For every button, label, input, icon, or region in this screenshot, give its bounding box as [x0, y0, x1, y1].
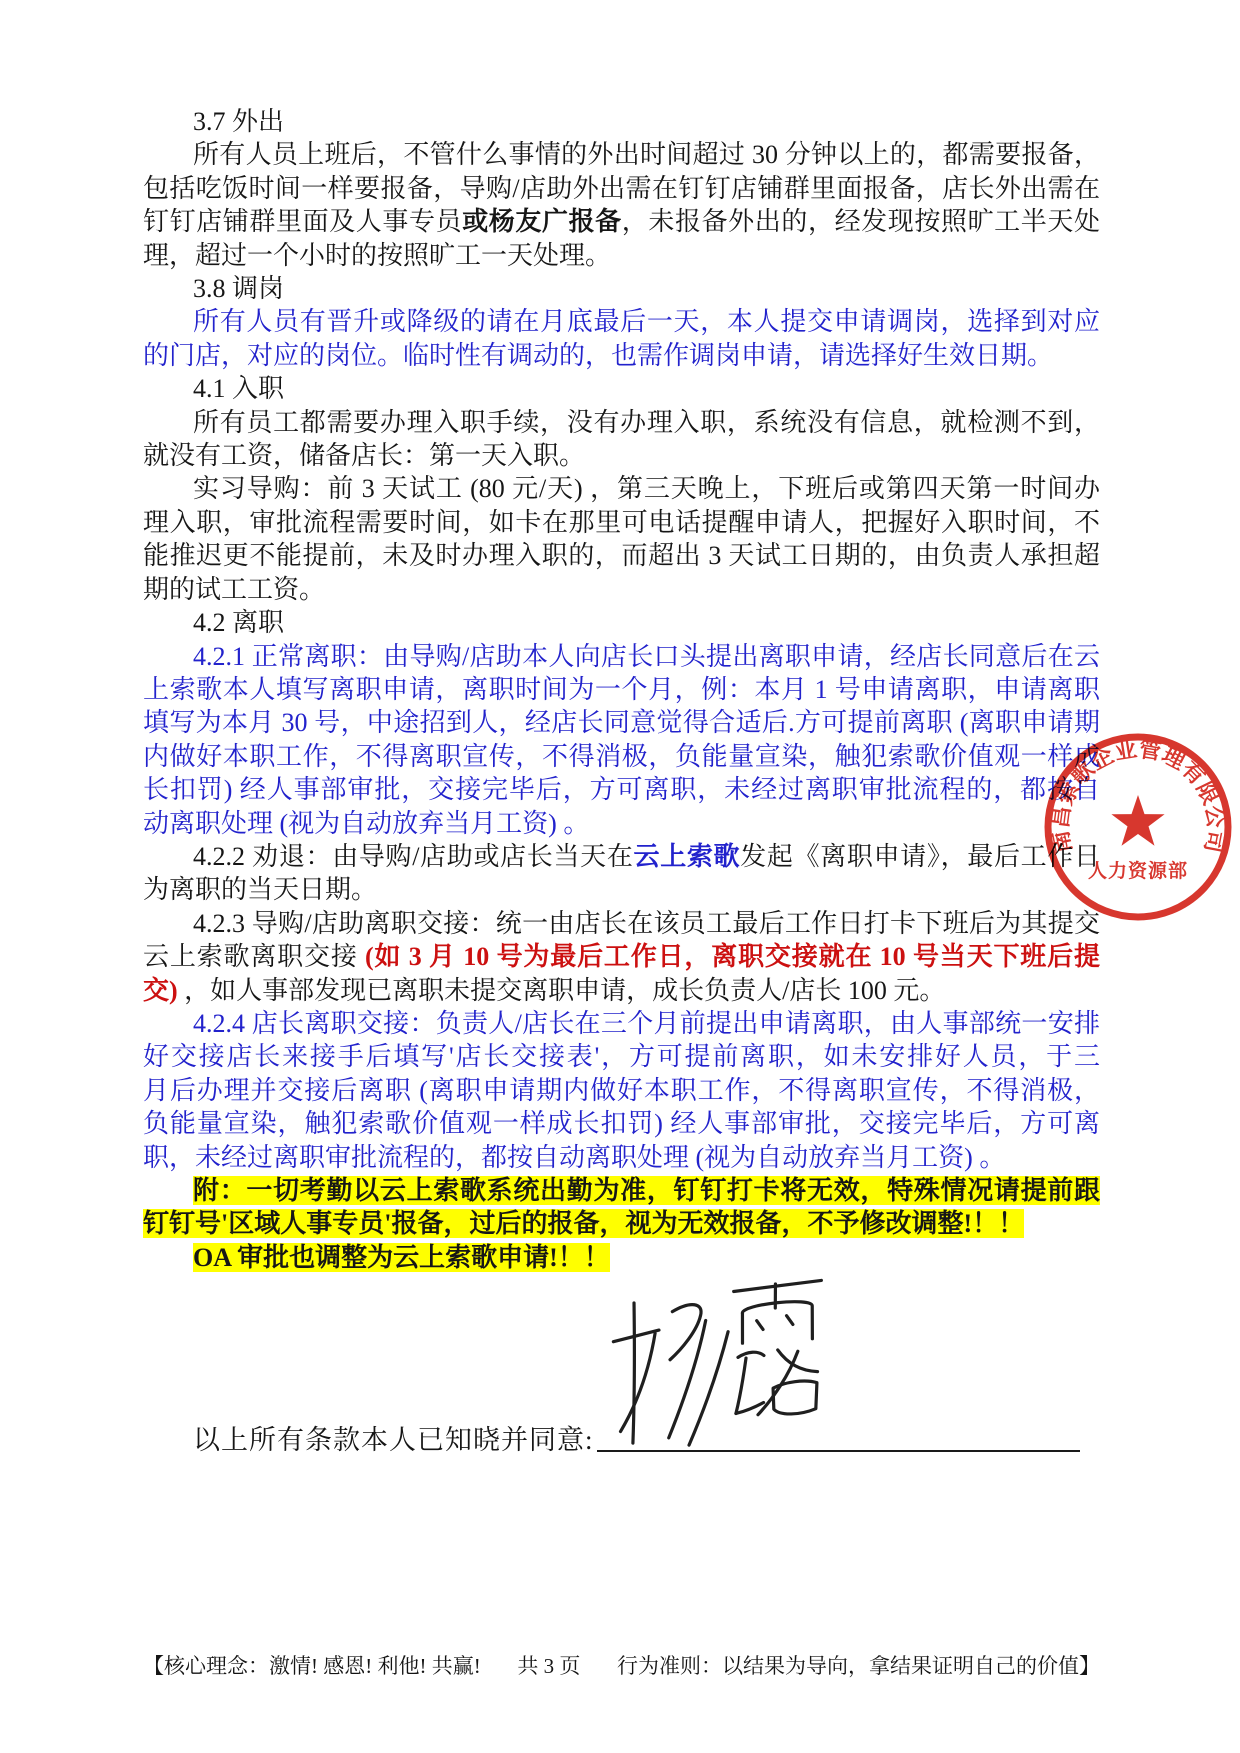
doc-text-run: 月后办理并交接后离职 (离职申请期内做好本职工作，不得离职宣传，不得消极，	[143, 1076, 1100, 1105]
doc-text-run: 3.8 调岗	[193, 274, 284, 303]
doc-text-run: ，如人事部发现已离职未提交离职申请，成长负责人/店长 100 元。	[184, 976, 945, 1005]
doc-line: 长扣罚) 经人事部审批，交接完毕后，方可离职，未经过离职审批流程的，都按自	[143, 773, 1100, 806]
doc-line: 填写为本月 30 号，中途招到人，经店长同意觉得合适后.方可提前离职 (离职申请…	[143, 706, 1100, 739]
scanned-document-page: 3.7 外出所有人员上班后，不管什么事情的外出时间超过 30 分钟以上的，都需要…	[0, 0, 1240, 1753]
doc-line: 月后办理并交接后离职 (离职申请期内做好本职工作，不得离职宣传，不得消极，	[143, 1074, 1100, 1107]
doc-text-run: 理入职，审批流程需要时间，如卡在那里可电话提醒申请人，把握好入职时间，不	[143, 508, 1100, 537]
signature-line	[597, 1450, 1080, 1452]
doc-text-run: 4.2 离职	[193, 608, 284, 637]
footer-core-values: 【核心理念：激情! 感恩! 利他! 共赢!	[143, 1650, 481, 1680]
doc-line: 3.8 调岗	[143, 272, 1100, 305]
doc-line: 理，超过一个小时的按照旷工一天处理。	[143, 239, 1100, 272]
doc-line: 能推迟更不能提前，未及时办理入职的，而超出 3 天试工日期的，由负责人承担超	[143, 539, 1100, 572]
doc-text-run: 所有员工都需要办理入职手续，没有办理入职，系统没有信息，就检测不到，	[193, 408, 1100, 437]
stamp-department-text: 人力资源部	[1088, 859, 1188, 882]
doc-line: 附：一切考勤以云上索歌系统出勤为准，钉钉打卡将无效，特殊情况请提前跟	[143, 1174, 1100, 1207]
doc-text-run: 职，未经过离职审批流程的，都按自动离职处理 (视为自动放弃当月工资) 。	[143, 1143, 1005, 1172]
doc-line: 就没有工资，储备店长：第一天入职。	[143, 439, 1100, 472]
doc-text-run: 3.7 外出	[193, 107, 284, 136]
doc-line: 云上索歌离职交接 (如 3 月 10 号为最后工作日，离职交接就在 10 号当天…	[143, 940, 1100, 973]
doc-text-run: 4.1 入职	[193, 374, 284, 403]
doc-text-run: ，未报备外出的，经发现按照旷工半天处	[622, 207, 1100, 236]
doc-line: 4.2 离职	[143, 606, 1100, 639]
doc-text-run: 期的试工工资。	[143, 575, 325, 604]
doc-text-run: 云上索歌	[634, 842, 741, 871]
footer-page-count: 共 3 页	[517, 1650, 580, 1680]
doc-line: 4.2.3 导购/店助离职交接：统一由店长在该员工最后工作日打卡下班后为其提交	[143, 907, 1100, 940]
doc-text-run: 理，超过一个小时的按照旷工一天处理。	[143, 241, 611, 270]
doc-text-run: (如 3 月 10 号为最后工作日，离职交接就在 10 号当天下班后提	[365, 942, 1100, 971]
doc-text-run: 4.2.4 店长离职交接：负责人/店长在三个月前提出申请离职，由人事部统一安排	[193, 1009, 1100, 1038]
doc-line: 期的试工工资。	[143, 573, 1100, 606]
doc-text-run: 好交接店长来接手后填写'店长交接表'，方可提前离职，如未安排好人员，于三	[143, 1042, 1100, 1071]
doc-text-run: 内做好本职工作，不得离职宣传，不得消极，负能量宣染，触犯索歌价值观一样成	[143, 742, 1100, 771]
footer-code-of-conduct: 行为准则：以结果为导向，拿结果证明自己的价值】	[617, 1650, 1100, 1680]
doc-text-run: 动离职处理 (视为自动放弃当月工资) 。	[143, 809, 589, 838]
doc-text-run: 4.2.2 劝退：由导购/店助或店长当天在	[193, 842, 634, 871]
doc-line: 交) ，如人事部发现已离职未提交离职申请，成长负责人/店长 100 元。	[143, 974, 1100, 1007]
doc-text-run: 附：一切考勤以云上索歌系统出勤为准，钉钉打卡将无效，特殊情况请提前跟	[193, 1176, 1100, 1205]
doc-text-run: 就没有工资，储备店长：第一天入职。	[143, 441, 585, 470]
doc-text-run: 所有人员有晋升或降级的请在月底最后一天，本人提交申请调岗，选择到对应	[193, 307, 1100, 336]
doc-line: 钉钉店铺群里面及人事专员或杨友广报备，未报备外出的，经发现按照旷工半天处	[143, 205, 1100, 238]
doc-text-run: 长扣罚) 经人事部审批，交接完毕后，方可离职，未经过离职审批流程的，都按自	[143, 775, 1100, 804]
doc-line: 的门店，对应的岗位。临时性有调动的，也需作调岗申请，请选择好生效日期。	[143, 339, 1100, 372]
doc-line: 3.7 外出	[143, 105, 1100, 138]
doc-text-run: 4.2.1 正常离职：由导购/店助本人向店长口头提出离职申请，经店长同意后在云	[193, 642, 1100, 671]
doc-text-run: 钉钉店铺群里面及人事专员	[143, 207, 462, 236]
doc-text-run: 负能量宣染，触犯索歌价值观一样成长扣罚) 经人事部审批，交接完毕后，方可离	[143, 1109, 1100, 1138]
doc-text-run: 能推迟更不能提前，未及时办理入职的，而超出 3 天试工日期的，由负责人承担超	[143, 541, 1100, 570]
doc-text-run: 包括吃饭时间一样要报备，导购/店助外出需在钉钉店铺群里面报备，店长外出需在	[143, 174, 1100, 203]
doc-line: 动离职处理 (视为自动放弃当月工资) 。	[143, 807, 1100, 840]
doc-text-run: 上索歌本人填写离职申请，离职时间为一个月，例：本月 1 号申请离职，申请离职	[143, 675, 1100, 704]
doc-line: 4.2.2 劝退：由导购/店助或店长当天在云上索歌发起《离职申请》，最后工作日	[143, 840, 1100, 873]
doc-line: 实习导购：前 3 天试工 (80 元/天) ，第三天晚上，下班后或第四天第一时间…	[143, 472, 1100, 505]
doc-line: 所有人员上班后，不管什么事情的外出时间超过 30 分钟以上的，都需要报备，	[143, 138, 1100, 171]
doc-line: 内做好本职工作，不得离职宣传，不得消极，负能量宣染，触犯索歌价值观一样成	[143, 740, 1100, 773]
doc-text-run: 或杨友广报备	[462, 207, 622, 236]
doc-line: 职，未经过离职审批流程的，都按自动离职处理 (视为自动放弃当月工资) 。	[143, 1141, 1100, 1174]
doc-line: 包括吃饭时间一样要报备，导购/店助外出需在钉钉店铺群里面报备，店长外出需在	[143, 172, 1100, 205]
doc-text-run: 4.2.3 导购/店助离职交接：统一由店长在该员工最后工作日打卡下班后为其提交	[193, 909, 1100, 938]
document-body: 3.7 外出所有人员上班后，不管什么事情的外出时间超过 30 分钟以上的，都需要…	[143, 105, 1100, 1274]
company-stamp: 南昌索歌企业管理有限公司 人力资源部	[1038, 727, 1238, 927]
stamp-star-icon	[1111, 795, 1164, 846]
doc-line: 好交接店长来接手后填写'店长交接表'，方可提前离职，如未安排好人员，于三	[143, 1040, 1100, 1073]
doc-line: 所有人员有晋升或降级的请在月底最后一天，本人提交申请调岗，选择到对应	[143, 305, 1100, 338]
doc-line: 上索歌本人填写离职申请，离职时间为一个月，例：本月 1 号申请离职，申请离职	[143, 673, 1100, 706]
doc-text-run: 填写为本月 30 号，中途招到人，经店长同意觉得合适后.方可提前离职 (离职申请…	[143, 708, 1100, 737]
doc-text-run: 交)	[143, 976, 184, 1005]
doc-line: 为离职的当天日期。	[143, 873, 1100, 906]
doc-text-run: 钉钉号'区域人事专员'报备，过后的报备，视为无效报备，不予修改调整!！！	[143, 1209, 1024, 1238]
doc-line: 理入职，审批流程需要时间，如卡在那里可电话提醒申请人，把握好入职时间，不	[143, 506, 1100, 539]
doc-text-run: 为离职的当天日期。	[143, 875, 377, 904]
doc-text-run: 实习导购：前 3 天试工 (80 元/天) ，第三天晚上，下班后或第四天第一时间…	[193, 474, 1100, 503]
doc-line: 所有员工都需要办理入职手续，没有办理入职，系统没有信息，就检测不到，	[143, 406, 1100, 439]
page-footer: 【核心理念：激情! 感恩! 利他! 共赢! 共 3 页 行为准则：以结果为导向，…	[143, 1650, 1100, 1680]
doc-line: 负能量宣染，触犯索歌价值观一样成长扣罚) 经人事部审批，交接完毕后，方可离	[143, 1107, 1100, 1140]
doc-line: 钉钉号'区域人事专员'报备，过后的报备，视为无效报备，不予修改调整!！！	[143, 1207, 1100, 1240]
doc-text-run: 云上索歌离职交接	[143, 942, 365, 971]
doc-text-run: 所有人员上班后，不管什么事情的外出时间超过 30 分钟以上的，都需要报备，	[193, 140, 1100, 169]
doc-line: 4.1 入职	[143, 372, 1100, 405]
signature-handwriting	[583, 1253, 858, 1462]
doc-text-run: 的门店，对应的岗位。临时性有调动的，也需作调岗申请，请选择好生效日期。	[143, 341, 1053, 370]
agreement-label: 以上所有条款本人已知晓并同意:	[193, 1418, 594, 1457]
doc-line: 4.2.4 店长离职交接：负责人/店长在三个月前提出申请离职，由人事部统一安排	[143, 1007, 1100, 1040]
doc-line: 4.2.1 正常离职：由导购/店助本人向店长口头提出离职申请，经店长同意后在云	[143, 640, 1100, 673]
doc-text-run: OA 审批也调整为云上索歌申请!！！	[193, 1243, 610, 1272]
